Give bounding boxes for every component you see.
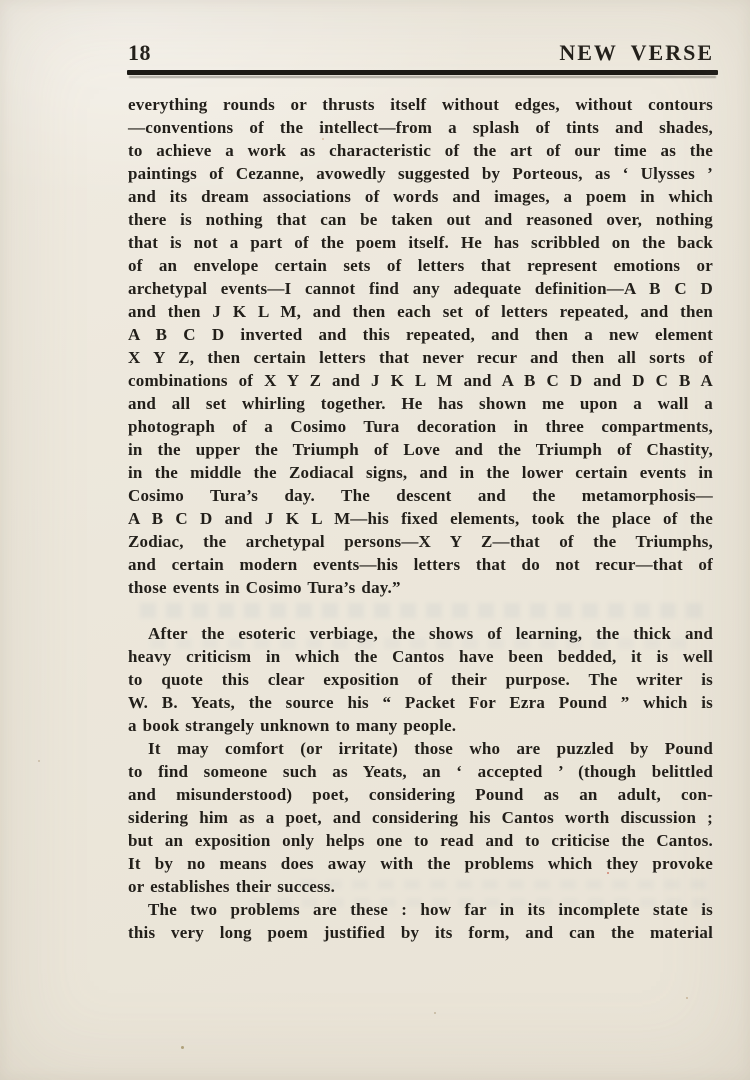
header-rule <box>127 70 718 75</box>
scanned-page: 18 NEW VERSE everything rounds or thrust… <box>0 0 750 1080</box>
text-line: W. B. Yeats, the source his “ Packet For… <box>128 691 713 714</box>
paragraph: After the esoteric verbiage, the shows o… <box>128 622 713 737</box>
paper-speck <box>181 1046 184 1049</box>
text-line: in the middle the Zodiacal signs, and in… <box>128 461 713 484</box>
page-header: 18 NEW VERSE <box>128 40 714 66</box>
paper-speck <box>434 1012 436 1014</box>
text-line: photograph of a Cosimo Tura decoration i… <box>128 415 713 438</box>
text-line: and certain modern events—his letters th… <box>128 553 713 576</box>
text-line: A B C D and J K L M—his fixed elements, … <box>128 507 713 530</box>
text-line: in the upper the Triumph of Love and the… <box>128 438 713 461</box>
text-line: or establishes their success. <box>128 875 713 898</box>
paragraph: It may comfort (or irritate) those who a… <box>128 737 713 898</box>
text-line: and misunderstood) poet, considering Pou… <box>128 783 713 806</box>
journal-title: NEW VERSE <box>559 40 714 66</box>
page-number: 18 <box>128 40 151 66</box>
text-line: but an exposition only helps one to read… <box>128 829 713 852</box>
text-line: of an envelope certain sets of letters t… <box>128 254 713 277</box>
paragraph: The two problems are these : how far in … <box>128 898 713 944</box>
text-line: and its dream associations of words and … <box>128 185 713 208</box>
text-line: that is not a part of the poem itself. H… <box>128 231 713 254</box>
text-line: archetypal events—I cannot find any adeq… <box>128 277 713 300</box>
text-line: to find someone such as Yeats, an ‘ acce… <box>128 760 713 783</box>
text-line: this very long poem justified by its for… <box>128 921 713 944</box>
text-line: everything rounds or thrusts itself with… <box>128 93 713 116</box>
text-line: a book strangely unknown to many people. <box>128 714 713 737</box>
text-line: Cosimo Tura’s day. The descent and the m… <box>128 484 713 507</box>
text-line: It may comfort (or irritate) those who a… <box>128 737 713 760</box>
paragraph: everything rounds or thrusts itself with… <box>128 93 713 599</box>
text-line: combinations of X Y Z and J K L M and A … <box>128 369 713 392</box>
text-line: and all set whirling together. He has sh… <box>128 392 713 415</box>
text-line: —conventions of the intellect—from a spl… <box>128 116 713 139</box>
text-line: to quote this clear exposition of their … <box>128 668 713 691</box>
text-line: those events in Cosimo Tura’s day.” <box>128 576 713 599</box>
text-line: After the esoteric verbiage, the shows o… <box>128 622 713 645</box>
text-line: paintings of Cezanne, avowedly suggested… <box>128 162 713 185</box>
paper-speck <box>686 997 688 999</box>
text-line: heavy criticism in which the Cantos have… <box>128 645 713 668</box>
text-line: to achieve a work as characteristic of t… <box>128 139 713 162</box>
page-body: everything rounds or thrusts itself with… <box>128 93 713 944</box>
text-line: there is nothing that can be taken out a… <box>128 208 713 231</box>
text-line: It by no means does away with the proble… <box>128 852 713 875</box>
paper-speck <box>38 760 40 762</box>
text-line: and then J K L M, and then each set of l… <box>128 300 713 323</box>
text-line: sidering him as a poet, and considering … <box>128 806 713 829</box>
text-line: The two problems are these : how far in … <box>128 898 713 921</box>
text-line: X Y Z, then certain letters that never r… <box>128 346 713 369</box>
text-line: A B C D inverted and this repeated, and … <box>128 323 713 346</box>
text-line: Zodiac, the archetypal persons—X Y Z—tha… <box>128 530 713 553</box>
